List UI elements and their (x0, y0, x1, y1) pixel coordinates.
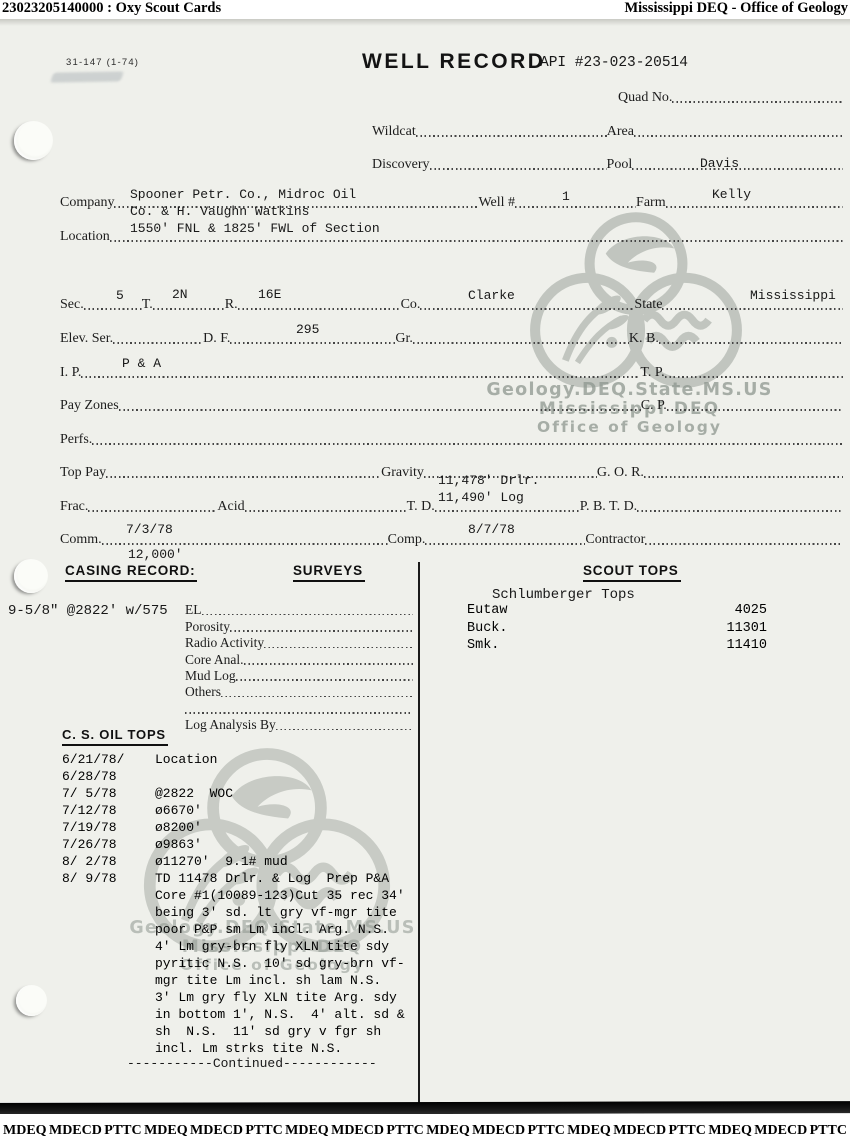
hole-punch (16, 985, 47, 1016)
survey-label: Mud Log (185, 669, 236, 683)
formation-depth: 11410 (726, 638, 767, 656)
field-label-ip: I. P. (60, 365, 81, 380)
footer-org-label: MDECD (613, 1123, 666, 1139)
survey-row: Others (185, 683, 413, 699)
field-label-td: T. D. (407, 499, 435, 514)
field-row-ip-tp: I. P. T. P. (60, 364, 843, 380)
core-description-line: sh N.S. 11' sd gry v fgr sh (155, 1024, 405, 1041)
field-value-company: Spooner Petr. Co., Midroc Oil (130, 187, 356, 202)
field-value-pool: Davis (700, 156, 739, 171)
core-description-line: mgr tite Lm incl. sh lam N.S. (155, 973, 405, 990)
field-label-township: T. (142, 297, 153, 312)
core-description-line: poor P&P sm Lm incl. Arg. N.S. (155, 922, 405, 939)
dotted-line (662, 308, 843, 310)
scout-tops-heading: SCOUT TOPS (583, 563, 681, 582)
dotted-line (634, 135, 843, 137)
entry-note: ø6670' (155, 803, 202, 820)
dotted-line (420, 308, 634, 310)
entry-date: 7/26/78 (62, 837, 155, 854)
entry-date: 8/ 2/78 (62, 854, 155, 871)
footer-org-label: MDEQ (567, 1123, 611, 1139)
core-description-line: Core #1(10089-123)Cut 35 rec 34' (155, 888, 405, 905)
oil-top-entry: 6/28/78 (62, 769, 389, 786)
footer-org-row: MDEQ MDECD PTTC MDEQ MDECD PTTC MDEQ MDE… (3, 1123, 847, 1139)
field-value-well-no: 1 (562, 189, 570, 204)
dotted-line (202, 614, 414, 616)
footer-org-label: MDECD (49, 1123, 102, 1139)
field-label-sec: Sec. (60, 297, 84, 312)
scout-top-row: Buck. 11301 (467, 621, 767, 639)
hole-punch (14, 121, 53, 160)
footer-org-label: MDEQ (3, 1123, 47, 1139)
entry-date: 7/12/78 (62, 803, 155, 820)
surveys-heading: SURVEYS (293, 563, 365, 582)
field-label-area: Area (607, 124, 634, 139)
dotted-line (185, 712, 413, 714)
dotted-line (666, 206, 843, 208)
survey-label: EL (185, 603, 202, 617)
field-value-location: 1550' FNL & 1825' FWL of Section (130, 221, 380, 236)
dotted-line (515, 206, 636, 208)
field-row-comm-comp-contractor: Comm. Comp. Contractor (60, 531, 843, 547)
dotted-line (236, 679, 413, 681)
core-description-line: pyritic N.S. 10' sd gry-brn vf- (155, 956, 405, 973)
footer-org-label: MDEQ (285, 1123, 329, 1139)
field-value-range: 16E (258, 287, 281, 302)
field-value-sec: 5 (116, 288, 124, 303)
field-row-discovery-pool: Discovery Pool (372, 156, 843, 172)
scout-tops-table: Eutaw 4025 Buck. 11301 Smk. 11410 (467, 603, 767, 656)
field-label-comm: Comm. (60, 532, 102, 547)
field-row-payzones-cp: Pay Zones C. P. (60, 397, 843, 413)
dotted-line (110, 240, 843, 242)
dotted-line (430, 168, 607, 170)
casing-record-entry: 9-5/8" @2822' w/575 (8, 604, 168, 619)
field-label-frac: Frac. (60, 499, 88, 514)
footer-org-label: PTTC (810, 1123, 847, 1139)
dotted-line (637, 510, 843, 512)
scout-tops-subheading: Schlumberger Tops (492, 588, 635, 603)
entry-note: ø11270' 9.1# mud (155, 854, 288, 871)
footer-org-label: PTTC (386, 1123, 423, 1139)
survey-label: Radio Activity (185, 636, 264, 650)
dotted-line (645, 543, 843, 545)
formation-name: Buck. (467, 621, 508, 639)
oil-top-entry: 7/ 5/78 @2822 WOC (62, 786, 389, 803)
survey-row: Radio Activity (185, 634, 413, 650)
ink-smudge (50, 71, 124, 82)
field-label-df: D. F. (203, 331, 230, 346)
oil-top-entry: 7/26/78 ø9863' (62, 837, 389, 854)
formation-depth: 11301 (726, 621, 767, 639)
field-value-comp-date: 8/7/78 (468, 522, 515, 537)
dotted-line (230, 630, 413, 632)
scout-top-row: Smk. 11410 (467, 638, 767, 656)
dotted-line (245, 510, 407, 512)
field-label-acid: Acid (217, 499, 244, 514)
dotted-line (102, 543, 388, 545)
dotted-line (425, 543, 585, 545)
document-id: 23023205140000 : Oxy Scout Cards (0, 0, 223, 17)
footer-org-label: MDEQ (144, 1123, 188, 1139)
field-row-wildcat-area: Wildcat Area (372, 123, 843, 139)
field-value-county: Clarke (468, 288, 515, 303)
dotted-line (667, 409, 843, 411)
field-value-td-log: 11,490' Log (438, 490, 524, 505)
api-number: API #23-023-20514 (540, 56, 688, 71)
survey-row: Porosity (185, 617, 413, 633)
entry-date: 7/ 5/78 (62, 786, 155, 803)
field-label-well-no: Well # (478, 195, 515, 210)
field-value-township: 2N (172, 287, 188, 302)
entry-note: Location (155, 752, 217, 769)
field-label-cp: C. P. (641, 398, 667, 413)
field-label-perfs: Perfs. (60, 432, 92, 447)
formation-name: Eutaw (467, 603, 508, 621)
formation-depth: 4025 (735, 603, 767, 621)
oil-tops-heading: C. S. OIL TOPS (62, 727, 168, 746)
survey-row-blank (185, 699, 413, 715)
dotted-line (276, 729, 413, 731)
dotted-line (153, 308, 225, 310)
oil-top-entry: 8/ 9/78 TD 11478 Drlr. & Log Prep P&A (62, 871, 389, 888)
dotted-line (84, 308, 142, 310)
entry-note: TD 11478 Drlr. & Log Prep P&A (155, 871, 389, 888)
continued-marker: -----------Continued------------ (127, 1056, 377, 1071)
field-label-county: Co. (401, 297, 421, 312)
dotted-line (113, 342, 203, 344)
field-label-company: Company (60, 195, 114, 210)
entry-date: 7/19/78 (62, 820, 155, 837)
form-number: 31-147 (1-74) (66, 57, 139, 68)
dotted-line (238, 308, 401, 310)
scanned-well-record-page: Geology.DEQ.State.MS.US Mississippi DEQ … (0, 19, 850, 1102)
field-value-ip: P & A (122, 356, 161, 371)
dotted-line (416, 135, 607, 137)
survey-row: Mud Log (185, 667, 413, 683)
core-description: Core #1(10089-123)Cut 35 rec 34' being 3… (155, 888, 405, 1058)
dotted-line (230, 342, 395, 344)
field-value-company-line2: Co. & H. Vaughn Watkins (130, 204, 309, 219)
field-label-wildcat: Wildcat (372, 124, 416, 139)
oil-top-entry: 7/12/78 ø6670' (62, 803, 389, 820)
dotted-line (88, 510, 217, 512)
field-label-comp: Comp. (388, 532, 426, 547)
field-label-quad-no: Quad No. (618, 90, 672, 105)
field-label-contractor: Contractor (585, 532, 645, 547)
dotted-line (119, 409, 641, 411)
field-label-pay-zones: Pay Zones (60, 398, 119, 413)
entry-date: 6/28/78 (62, 769, 155, 786)
core-description-line: 4' Lm gry-brn fly XLN tite sdy (155, 939, 405, 956)
field-value-df: 295 (296, 322, 319, 337)
field-row-quad-no: Quad No. (618, 89, 843, 105)
footer-org-label: PTTC (104, 1123, 141, 1139)
dotted-line (106, 476, 381, 478)
scan-edge-bar (0, 1101, 850, 1115)
survey-label: Others (185, 685, 221, 699)
field-label-gr: Gr. (395, 331, 413, 346)
hole-punch (14, 559, 48, 593)
field-label-elev-ser: Elev. Ser. (60, 331, 113, 346)
oil-top-entry: 8/ 2/78 ø11270' 9.1# mud (62, 854, 389, 871)
dotted-line (435, 510, 580, 512)
scan-header-bar: 23023205140000 : Oxy Scout Cards Mississ… (0, 0, 850, 19)
field-label-discovery: Discovery (372, 157, 430, 172)
core-description-line: being 3' sd. lt gry vf-mgr tite (155, 905, 405, 922)
dotted-line (672, 101, 843, 103)
footer-org-label: PTTC (245, 1123, 282, 1139)
footer-org-label: MDECD (472, 1123, 525, 1139)
footer-org-label: MDECD (190, 1123, 243, 1139)
field-label-gor: G. O. R. (597, 465, 644, 480)
oil-top-entry: 6/21/78/ Location (62, 752, 389, 769)
field-label-pool: Pool (607, 157, 633, 172)
footer-strip: MDEQ MDECD PTTC MDEQ MDECD PTTC MDEQ MDE… (0, 1114, 850, 1147)
dotted-line (665, 376, 843, 378)
formation-name: Smk. (467, 638, 499, 656)
org-name: Mississippi DEQ - Office of Geology (622, 0, 850, 17)
entry-note: ø9863' (155, 837, 202, 854)
survey-row: Core Anal. (185, 650, 413, 666)
field-label-kb: K. B. (629, 331, 659, 346)
field-label-farm: Farm (636, 195, 666, 210)
field-label-tp: T. P. (640, 365, 664, 380)
oil-top-entry: 7/19/78 ø8200' (62, 820, 389, 837)
survey-label: Porosity (185, 620, 230, 634)
dotted-line (244, 663, 414, 665)
survey-row-log-analysis: Log Analysis By (185, 716, 413, 732)
casing-record-heading: CASING RECORD: (65, 563, 197, 582)
footer-org-label: MDECD (754, 1123, 807, 1139)
entry-note: @2822 WOC (155, 786, 233, 803)
core-description-line: 3' Lm gry fly XLN tite Arg. sdy (155, 990, 405, 1007)
entry-note: ø8200' (155, 820, 202, 837)
dotted-line (413, 342, 629, 344)
dotted-line (92, 443, 843, 445)
field-value-state: Mississippi (750, 288, 836, 303)
footer-org-label: MDEQ (708, 1123, 752, 1139)
dotted-line (644, 476, 843, 478)
field-label-top-pay: Top Pay (60, 465, 106, 480)
field-value-comm-date: 7/3/78 (126, 522, 173, 537)
page-title: WELL RECORD (362, 50, 545, 74)
log-analysis-label: Log Analysis By (185, 718, 276, 732)
scout-top-row: Eutaw 4025 (467, 603, 767, 621)
footer-org-label: MDEQ (426, 1123, 470, 1139)
field-label-pbtd: P. B. T. D. (580, 499, 637, 514)
surveys-list: EL Porosity Radio Activity Core Anal. Mu… (185, 601, 413, 732)
field-label-state: State (634, 297, 662, 312)
entry-date: 6/21/78/ (62, 752, 155, 769)
field-label-gravity: Gravity (381, 465, 424, 480)
core-description-line: in bottom 1', N.S. 4' alt. sd & (155, 1007, 405, 1024)
dotted-line (221, 696, 413, 698)
field-label-location: Location (60, 229, 110, 244)
oil-tops-log: 6/21/78/ Location 6/28/78 7/ 5/78 @2822 … (62, 752, 389, 888)
field-row-perfs: Perfs. (60, 431, 843, 447)
footer-org-label: PTTC (669, 1123, 706, 1139)
entry-date: 8/ 9/78 (62, 871, 155, 888)
field-row-elev-df-gr-kb: Elev. Ser. D. F. Gr. K. B. (60, 330, 843, 346)
field-value-comm-depth: 12,000' (128, 547, 183, 562)
dotted-line (81, 376, 640, 378)
field-label-range: R. (225, 297, 238, 312)
footer-org-label: PTTC (527, 1123, 564, 1139)
field-value-farm: Kelly (712, 187, 751, 202)
dotted-line (659, 342, 843, 344)
dotted-line (264, 647, 413, 649)
footer-org-label: MDECD (331, 1123, 384, 1139)
survey-row: EL (185, 601, 413, 617)
section-divider-line (418, 562, 420, 1116)
survey-label: Core Anal. (185, 653, 244, 667)
field-value-td-driller: 11,478' Drlr. (438, 473, 539, 488)
